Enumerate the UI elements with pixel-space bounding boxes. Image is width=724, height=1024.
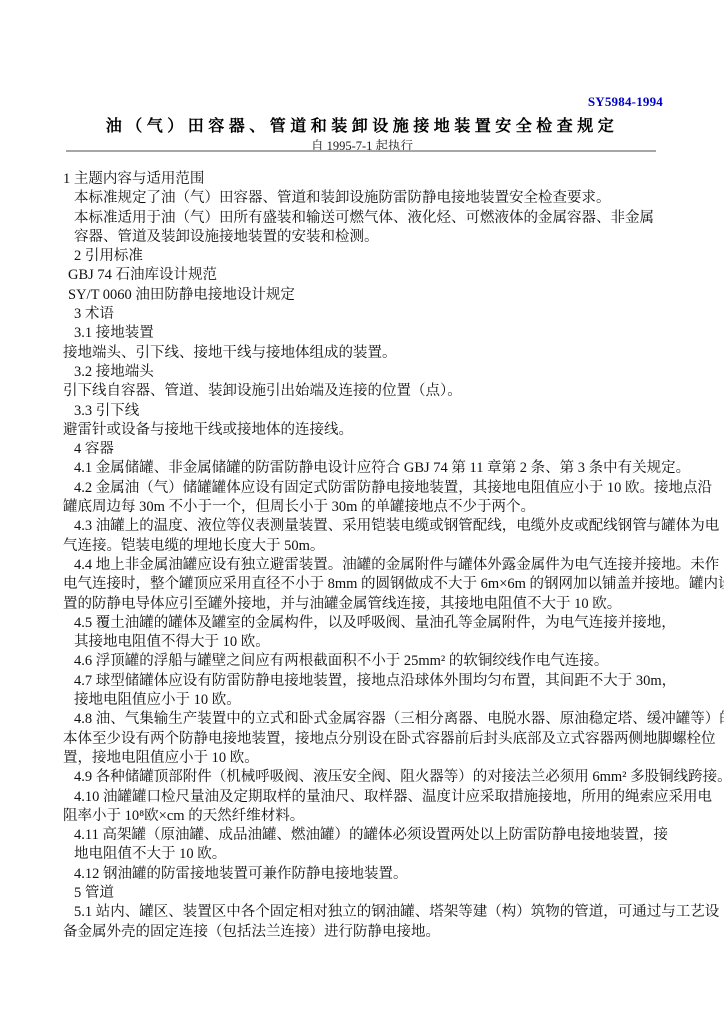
document-title: 油（气）田容器、管道和装卸设施接地装置安全检查规定 bbox=[0, 113, 724, 136]
standard-number: SY5984-1994 bbox=[588, 94, 663, 110]
text-line: 气连接。铠装电缆的埋地长度大于 50m。 bbox=[63, 537, 669, 556]
text-line: 5 管道 bbox=[63, 884, 669, 903]
text-line: 阻率小于 10⁸欧×cm 的天然纤维材料。 bbox=[63, 807, 669, 826]
text-line: 4.7 球型储罐体应设有防雷防静电接地装置，接地点沿球体外围均匀布置，其间距不大… bbox=[63, 672, 669, 691]
text-line: 4.3 油罐上的温度、液位等仪表测量装置、采用铠装电缆或钢管配线，电缆外皮或配线… bbox=[63, 517, 669, 536]
text-line: 4.8 油、气集输生产装置中的立式和卧式金属容器（三相分离器、电脱水器、原油稳定… bbox=[63, 710, 669, 729]
text-line: 3 术语 bbox=[63, 305, 669, 324]
text-line: 接地电阻值应小于 10 欧。 bbox=[63, 691, 669, 710]
text-line: 避雷针或设备与接地干线或接地体的连接线。 bbox=[63, 421, 669, 440]
text-line: SY/T 0060 油田防静电接地设计规定 bbox=[63, 286, 669, 305]
text-line: 其接地电阻值不得大于 10 欧。 bbox=[63, 633, 669, 652]
document-page: SY5984-1994 油（气）田容器、管道和装卸设施接地装置安全检查规定 自 … bbox=[0, 0, 724, 1024]
text-line: 引下线自容器、管道、装卸设施引出始端及连接的位置（点）。 bbox=[63, 382, 669, 401]
text-line: 地电阻值不大于 10 欧。 bbox=[63, 845, 669, 864]
text-line: 1 主题内容与适用范围 bbox=[63, 170, 669, 189]
text-line: 本体至少设有两个防静电接地装置，接地点分别设在卧式容器前后封头底部及立式容器两侧… bbox=[63, 730, 669, 749]
text-line: 4.11 高架罐（原油罐、成品油罐、燃油罐）的罐体必须设置两处以上防雷防静电接地… bbox=[63, 826, 669, 845]
text-line: 3.2 接地端头 bbox=[63, 363, 669, 382]
text-line: 4.2 金属油（气）储罐罐体应设有固定式防雷防静电接地装置，其接地电阻值应小于 … bbox=[63, 479, 669, 498]
text-line: 3.3 引下线 bbox=[63, 402, 669, 421]
text-line: 4 容器 bbox=[63, 440, 669, 459]
text-line: 电气连接时，整个罐顶应采用直径不小于 8mm 的圆钢做成不大于 6m×6m 的钢… bbox=[63, 575, 669, 594]
text-line: 接地端头、引下线、接地干线与接地体组成的装置。 bbox=[63, 344, 669, 363]
text-line: 置的防静电导体应引至罐外接地，并与油罐金属管线连接，其接地电阻值不大于 10 欧… bbox=[63, 595, 669, 614]
text-line: 4.12 钢油罐的防雷接地装置可兼作防静电接地装置。 bbox=[63, 865, 669, 884]
text-line: 4.9 各种储罐顶部附件（机械呼吸阀、液压安全阀、阻火器等）的对接法兰必须用 6… bbox=[63, 768, 669, 787]
text-line: 4.1 金属储罐、非金属储罐的防雷防静电设计应符合 GBJ 74 第 11 章第… bbox=[63, 459, 669, 478]
text-line: 罐底周边每 30m 不小于一个，但周长小于 30m 的单罐接地点不少于两个。 bbox=[63, 498, 669, 517]
text-line: 4.10 油罐罐口检尺量油及定期取样的量油尺、取样器、温度计应采取措施接地，所用… bbox=[63, 788, 669, 807]
text-line: 5.1 站内、罐区、装置区中各个固定相对独立的钢油罐、塔架等建（构）筑物的管道，… bbox=[63, 903, 669, 922]
text-line: GBJ 74 石油库设计规范 bbox=[63, 266, 669, 285]
text-line: 2 引用标准 bbox=[63, 247, 669, 266]
text-line: 备金属外壳的固定连接（包括法兰连接）进行防静电接地。 bbox=[63, 923, 669, 942]
text-line: 3.1 接地装置 bbox=[63, 324, 669, 343]
text-line: 置，接地电阻值应小于 10 欧。 bbox=[63, 749, 669, 768]
document-body: 1 主题内容与适用范围本标准规定了油（气）田容器、管道和装卸设施防雷防静电接地装… bbox=[63, 170, 669, 942]
text-line: 本标准适用于油（气）田所有盛装和输送可燃气体、液化烃、可燃液体的金属容器、非金属 bbox=[63, 209, 669, 228]
text-line: 4.4 地上非金属油罐应设有独立避雷装置。油罐的金属附件与罐体外露金属件为电气连… bbox=[63, 556, 669, 575]
text-line: 容器、管道及装卸设施接地装置的安装和检测。 bbox=[63, 228, 669, 247]
text-line: 4.6 浮顶罐的浮船与罐壁之间应有两根截面积不小于 25mm² 的软铜绞线作电气… bbox=[63, 652, 669, 671]
text-line: 4.5 覆土油罐的罐体及罐室的金属构件，以及呼吸阀、量油孔等金属附件，为电气连接… bbox=[63, 614, 669, 633]
header-divider bbox=[66, 150, 656, 152]
text-line: 本标准规定了油（气）田容器、管道和装卸设施防雷防静电接地装置安全检查要求。 bbox=[63, 189, 669, 208]
